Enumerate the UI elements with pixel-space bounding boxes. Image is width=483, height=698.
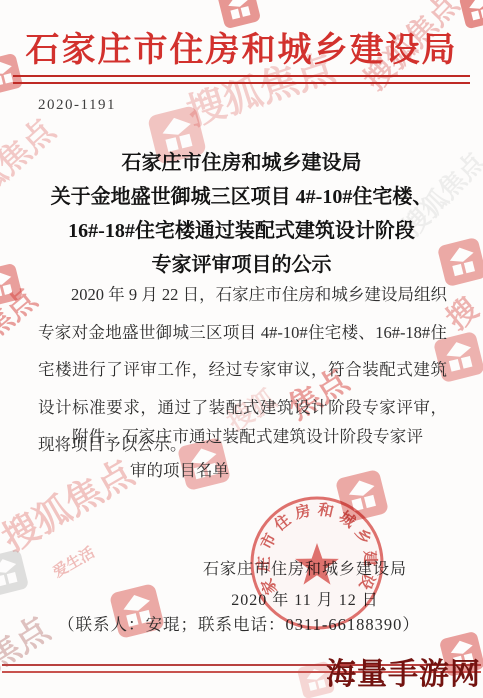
notice-title-line: 16#-18#住宅楼通过装配式建筑设计阶段: [20, 214, 463, 248]
issuing-authority-signature: 石家庄市住房和城乡建设局: [180, 556, 430, 579]
letterhead-double-rule: [13, 75, 470, 84]
attachment-label: 附件：: [72, 427, 122, 446]
document-page: 搜狐焦点搜狐焦点搜狐焦点搜狐焦点焦点搜焦点搜狐搜狐焦点爱生活焦点 石家庄市住房和…: [0, 0, 483, 698]
notice-title: 石家庄市住房和城乡建设局 关于金地盛世御城三区项目 4#-10#住宅楼、 16#…: [20, 146, 463, 282]
document-content: 石家庄市住房和城乡建设局 2020-1191 石家庄市住房和城乡建设局 关于金地…: [0, 0, 483, 698]
notice-title-line: 石家庄市住房和城乡建设局: [20, 146, 463, 180]
letterhead-title: 石家庄市住房和城乡建设局: [0, 22, 483, 71]
contact-info: （联系人：安琨；联系电话：0311-66188390）: [58, 611, 420, 635]
issue-date: 2020 年 11 月 12 日: [180, 587, 430, 610]
notice-title-line: 关于金地盛世御城三区项目 4#-10#住宅楼、: [20, 180, 463, 214]
attachment-text: 石家庄市通过装配式建筑设计阶段专家评审的项目名单: [122, 427, 423, 480]
site-watermark: 海量手游网: [326, 649, 481, 693]
document-number: 2020-1191: [38, 97, 116, 114]
attachment-note: 附件：石家庄市通过装配式建筑设计阶段专家评审的项目名单: [72, 420, 423, 488]
